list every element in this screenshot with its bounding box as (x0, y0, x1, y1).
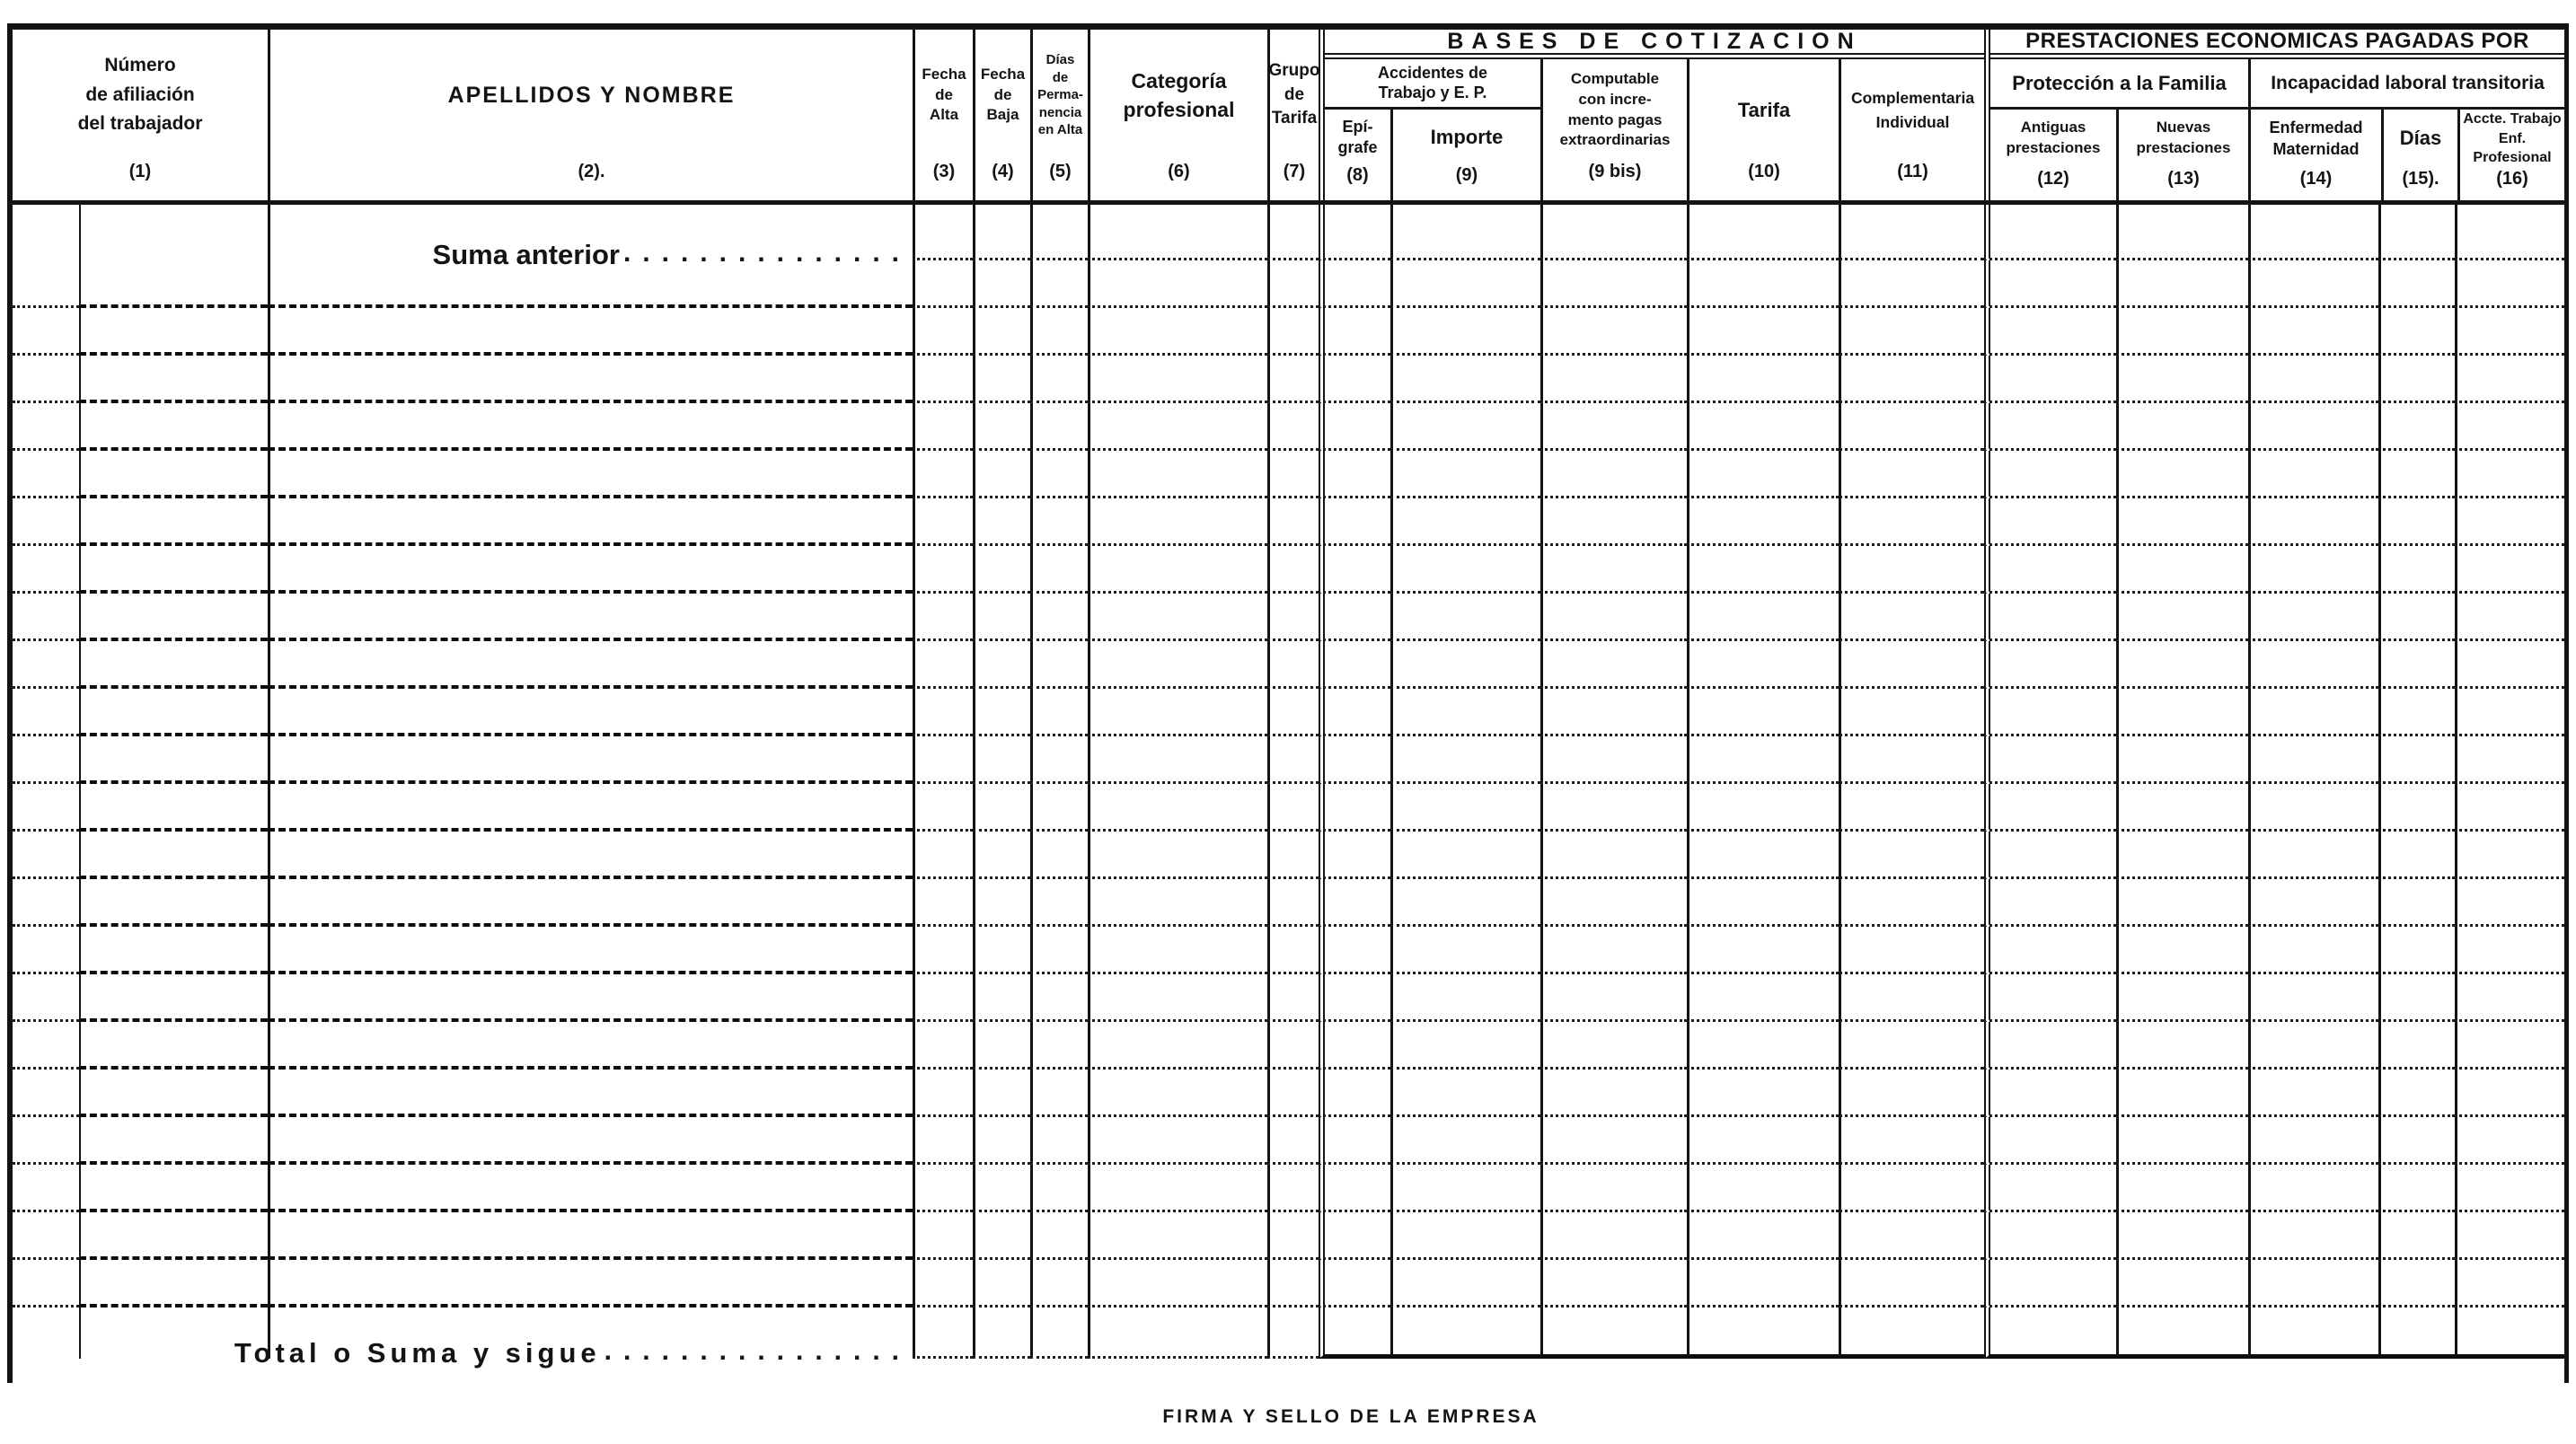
body-cell-c7 (1267, 879, 1319, 927)
body-cell-c13 (2116, 1165, 2248, 1212)
body-cell-c7 (1267, 1022, 1319, 1070)
body-cell-c2 (268, 498, 913, 546)
body-cell-c12 (1984, 1212, 2116, 1260)
table-row (13, 736, 2564, 784)
body-cell-c12 (1984, 1308, 2116, 1359)
body-cell-c5 (1030, 260, 1088, 308)
header-col-tarifa: Tarifa (10) (1687, 59, 1839, 200)
body-cell-c9 (1390, 974, 1540, 1022)
body-cell-c9 (1390, 1117, 1540, 1165)
body-cell-c4 (973, 1117, 1030, 1165)
body-cell-c11 (1839, 832, 1984, 879)
body-cell-c15 (2378, 1308, 2455, 1359)
col6-label: Categoría profesional (1090, 30, 1267, 161)
col7-label: Grupo de Tarifa (1270, 30, 1319, 161)
subgroup-proteccion-familia: Protección a la Familia Antiguas prestac… (1990, 59, 2248, 204)
col11-number: (11) (1841, 161, 1984, 200)
body-cell-c12 (1984, 205, 2116, 260)
body-cell-c13 (2116, 451, 2248, 498)
body-cell-c11 (1839, 1022, 1984, 1070)
body-cell-c5 (1030, 308, 1088, 356)
body-cell-c12 (1984, 1022, 2116, 1070)
body-cell-c8 (1319, 1117, 1390, 1165)
body-cell-c4 (973, 641, 1030, 689)
body-cell-c14 (2248, 689, 2378, 736)
body-cell-c13 (2116, 1260, 2248, 1308)
header-col-dias: Días (15). (2381, 110, 2457, 204)
body-cell-c2: Total o Suma y sigue................ (268, 1308, 913, 1359)
body-cell-c8 (1319, 308, 1390, 356)
body-cell-c6 (1088, 974, 1267, 1022)
body-cell-c15 (2378, 974, 2455, 1022)
body-cell-c8 (1319, 689, 1390, 736)
header-col-enfermedad-maternidad: Enfermedad Maternidad (14) (2251, 110, 2381, 204)
body-cell-c2 (268, 974, 913, 1022)
body-cell-c8 (1319, 594, 1390, 641)
body-cell-c15 (2378, 308, 2455, 356)
col10-label: Tarifa (1689, 59, 1839, 161)
body-cell-c6 (1088, 736, 1267, 784)
body-cell-c9bis (1540, 205, 1687, 260)
body-cell-c14 (2248, 451, 2378, 498)
body-cell-c4 (973, 308, 1030, 356)
body-cell-c8 (1319, 451, 1390, 498)
body-cell-c12 (1984, 594, 2116, 641)
body-cell-c8 (1319, 356, 1390, 403)
body-cell-c14 (2248, 1260, 2378, 1308)
table-header: Número de afiliación del trabajador (1) … (7, 23, 2569, 205)
header-col-categoria-profesional: Categoría profesional (6) (1088, 30, 1267, 200)
body-cell-c1a (13, 356, 79, 403)
table-row (13, 451, 2564, 498)
body-cell-c7 (1267, 1212, 1319, 1260)
header-col-fecha-alta: Fecha de Alta (3) (913, 30, 973, 200)
body-cell-c9bis (1540, 260, 1687, 308)
body-cell-c3 (913, 498, 973, 546)
body-cell-c4 (973, 546, 1030, 594)
body-cell-c5 (1030, 1165, 1088, 1212)
body-cell-c14 (2248, 832, 2378, 879)
body-cell-c9 (1390, 1212, 1540, 1260)
body-cell-c4 (973, 1022, 1030, 1070)
body-cell-c10 (1687, 736, 1839, 784)
body-cell-c12 (1984, 403, 2116, 451)
body-cell-c10 (1687, 1117, 1839, 1165)
body-cell-c8 (1319, 498, 1390, 546)
body-cell-c5 (1030, 974, 1088, 1022)
body-cell-c14 (2248, 356, 2378, 403)
col13-label: Nuevas prestaciones (2119, 110, 2248, 168)
table-row (13, 927, 2564, 974)
body-cell-c10 (1687, 974, 1839, 1022)
body-cell-c11 (1839, 1070, 1984, 1117)
body-cell-c16 (2455, 641, 2564, 689)
body-cell-c16 (2455, 1022, 2564, 1070)
header-col-epigrafe: Epí- grafe (8) (1325, 110, 1390, 200)
body-cell-c9bis (1540, 1117, 1687, 1165)
body-cell-c9bis (1540, 356, 1687, 403)
table-row (13, 356, 2564, 403)
body-cell-c13 (2116, 1117, 2248, 1165)
body-cell-c16 (2455, 832, 2564, 879)
body-cell-c15 (2378, 689, 2455, 736)
body-cell-c9bis (1540, 1070, 1687, 1117)
body-cell-c12 (1984, 879, 2116, 927)
body-cell-c5 (1030, 205, 1088, 260)
body-cell-c3 (913, 927, 973, 974)
body-cell-c4 (973, 260, 1030, 308)
body-cell-c4 (973, 594, 1030, 641)
body-cell-c11 (1839, 205, 1984, 260)
body-cell-c4 (973, 1308, 1030, 1359)
body-cell-c1a (13, 205, 79, 260)
body-cell-c9bis (1540, 927, 1687, 974)
body-cell-c13 (2116, 498, 2248, 546)
body-cell-c10 (1687, 1022, 1839, 1070)
body-cell-c1a (13, 1212, 79, 1260)
body-cell-c10 (1687, 784, 1839, 832)
body-cell-c16 (2455, 498, 2564, 546)
body-cell-c8 (1319, 879, 1390, 927)
body-cell-c1a (13, 498, 79, 546)
body-cell-c9bis (1540, 594, 1687, 641)
body-cell-c6 (1088, 1117, 1267, 1165)
body-cell-c2 (268, 356, 913, 403)
body-cell-c1a (13, 546, 79, 594)
col3-label: Fecha de Alta (915, 30, 973, 161)
col9bis-number: (9 bis) (1543, 161, 1687, 200)
body-cell-c3 (913, 403, 973, 451)
body-cell-c9bis (1540, 784, 1687, 832)
body-cell-c14 (2248, 498, 2378, 546)
body-cell-c13 (2116, 974, 2248, 1022)
body-cell-c12 (1984, 356, 2116, 403)
body-cell-c15 (2378, 1165, 2455, 1212)
body-cell-c5 (1030, 689, 1088, 736)
body-cell-c11 (1839, 1165, 1984, 1212)
body-cell-c13 (2116, 1212, 2248, 1260)
body-cell-c6 (1088, 641, 1267, 689)
body-cell-c11 (1839, 641, 1984, 689)
body-cell-c5 (1030, 927, 1088, 974)
body-cell-c12 (1984, 974, 2116, 1022)
col16-number: (16) (2460, 168, 2564, 204)
body-cell-c1b (79, 736, 268, 784)
prestaciones-columns: Protección a la Familia Antiguas prestac… (1990, 59, 2564, 204)
accidentes-leaf-row: Epí- grafe (8) Importe (9) (1325, 110, 1540, 200)
body-cell-c15 (2378, 879, 2455, 927)
body-cell-c11 (1839, 1117, 1984, 1165)
body-cell-c16 (2455, 205, 2564, 260)
body-cell-c7 (1267, 451, 1319, 498)
body-cell-c14 (2248, 260, 2378, 308)
body-cell-c1a (13, 927, 79, 974)
body-cell-c9 (1390, 308, 1540, 356)
body-cell-c3 (913, 308, 973, 356)
body-cell-c13 (2116, 784, 2248, 832)
body-cell-c13 (2116, 356, 2248, 403)
body-cell-c12 (1984, 736, 2116, 784)
body-cell-c9bis (1540, 974, 1687, 1022)
body-cell-c1b (79, 784, 268, 832)
body-cell-c4 (973, 403, 1030, 451)
body-cell-c2 (268, 403, 913, 451)
body-cell-c12 (1984, 498, 2116, 546)
col11-label: Complementaria Individual (1841, 59, 1984, 161)
body-cell-c1b (79, 1070, 268, 1117)
body-cell-c6 (1088, 498, 1267, 546)
body-cell-c10 (1687, 546, 1839, 594)
body-cell-c1a (13, 451, 79, 498)
col2-number: (2). (270, 161, 913, 200)
body-cell-c10 (1687, 1070, 1839, 1117)
body-cell-c13 (2116, 546, 2248, 594)
table-row (13, 1070, 2564, 1117)
body-cell-c9 (1390, 1308, 1540, 1359)
body-cell-c15 (2378, 451, 2455, 498)
body-cell-c1b (79, 689, 268, 736)
body-cell-c14 (2248, 641, 2378, 689)
body-cell-c16 (2455, 1165, 2564, 1212)
table-row (13, 546, 2564, 594)
body-cell-c6 (1088, 308, 1267, 356)
leader-dots: ............... (620, 240, 911, 267)
table-row (13, 832, 2564, 879)
table-row (13, 498, 2564, 546)
body-cell-c6 (1088, 403, 1267, 451)
body-cell-c10 (1687, 205, 1839, 260)
body-cell-c7 (1267, 736, 1319, 784)
body-cell-c5 (1030, 641, 1088, 689)
body-cell-c16 (2455, 927, 2564, 974)
body-cell-c1b (79, 879, 268, 927)
body-cell-c14 (2248, 546, 2378, 594)
bases-columns: Accidentes de Trabajo y E. P. Epí- grafe… (1325, 59, 1984, 200)
body-cell-c10 (1687, 356, 1839, 403)
body-cell-c3 (913, 260, 973, 308)
body-cell-c6 (1088, 1308, 1267, 1359)
body-cell-c5 (1030, 784, 1088, 832)
body-cell-c13 (2116, 308, 2248, 356)
body-cell-c9 (1390, 356, 1540, 403)
header-col-importe: Importe (9) (1390, 110, 1540, 200)
body-cell-c11 (1839, 260, 1984, 308)
body-cell-c6 (1088, 879, 1267, 927)
body-cell-c14 (2248, 974, 2378, 1022)
body-cell-c7 (1267, 974, 1319, 1022)
body-cell-c10 (1687, 308, 1839, 356)
body-cell-c9bis (1540, 1212, 1687, 1260)
body-cell-c2 (268, 1212, 913, 1260)
body-cell-c3 (913, 974, 973, 1022)
body-cell-c9bis (1540, 879, 1687, 927)
body-cell-c10 (1687, 594, 1839, 641)
body-cell-c7 (1267, 308, 1319, 356)
body-cell-c5 (1030, 1070, 1088, 1117)
body-cell-c10 (1687, 1165, 1839, 1212)
body-cell-c5 (1030, 1212, 1088, 1260)
body-cell-c6 (1088, 927, 1267, 974)
body-cell-c4 (973, 1070, 1030, 1117)
body-cell-c10 (1687, 1308, 1839, 1359)
body-cell-c3 (913, 451, 973, 498)
body-cell-c2 (268, 451, 913, 498)
body-cell-c14 (2248, 1022, 2378, 1070)
body-cell-c9 (1390, 927, 1540, 974)
body-cell-c9 (1390, 403, 1540, 451)
body-cell-c4 (973, 356, 1030, 403)
body-cell-c2 (268, 641, 913, 689)
body-cell-c9bis (1540, 451, 1687, 498)
body-cell-c1b (79, 1022, 268, 1070)
body-cell-c9 (1390, 1165, 1540, 1212)
subgroup-accidentes-trabajo: Accidentes de Trabajo y E. P. Epí- grafe… (1325, 59, 1540, 200)
col9-number: (9) (1393, 164, 1540, 200)
body-cell-c7 (1267, 689, 1319, 736)
col2-label: APELLIDOS Y NOMBRE (270, 30, 913, 161)
body-cell-c14 (2248, 927, 2378, 974)
body-cell-c14 (2248, 308, 2378, 356)
col7-number: (7) (1270, 161, 1319, 200)
body-cell-c9 (1390, 260, 1540, 308)
body-cell-c3 (913, 1260, 973, 1308)
body-cell-c1a (13, 736, 79, 784)
body-cell-c15 (2378, 927, 2455, 974)
prestaciones-title: PRESTACIONES ECONOMICAS PAGADAS POR (1990, 30, 2564, 59)
body-cell-c14 (2248, 879, 2378, 927)
body-cell-c14 (2248, 1308, 2378, 1359)
body-cell-c11 (1839, 546, 1984, 594)
body-cell-c11 (1839, 308, 1984, 356)
body-cell-c11 (1839, 736, 1984, 784)
body-cell-c1b (79, 356, 268, 403)
body-cell-c8 (1319, 1308, 1390, 1359)
header-col-apellidos-nombre: APELLIDOS Y NOMBRE (2). (268, 30, 913, 200)
body-cell-c9bis (1540, 1260, 1687, 1308)
body-cell-c1b (79, 260, 268, 308)
body-cell-c11 (1839, 974, 1984, 1022)
body-cell-c8 (1319, 1260, 1390, 1308)
body-cell-c7 (1267, 641, 1319, 689)
body-cell-c9 (1390, 205, 1540, 260)
header-col-numero-afiliacion: Número de afiliación del trabajador (1) (13, 30, 268, 200)
body-cell-c2 (268, 308, 913, 356)
body-cell-c11 (1839, 1212, 1984, 1260)
body-cell-c16 (2455, 1260, 2564, 1308)
body-cell-c2 (268, 736, 913, 784)
body-cell-c1a (13, 832, 79, 879)
body-cell-c7 (1267, 927, 1319, 974)
body-cell-c15 (2378, 1212, 2455, 1260)
body-cell-c1b (79, 498, 268, 546)
firma-sello-caption: FIRMA Y SELLO DE LA EMPRESA (63, 1406, 2576, 1428)
body-cell-c2 (268, 689, 913, 736)
body-cell-c14 (2248, 784, 2378, 832)
col5-number: (5) (1033, 161, 1088, 200)
body-cell-c10 (1687, 1260, 1839, 1308)
body-cell-c7 (1267, 832, 1319, 879)
incapacidad-leaf-row: Enfermedad Maternidad (14) Días (15). Ac… (2251, 110, 2564, 204)
body-cell-c4 (973, 832, 1030, 879)
body-cell-c10 (1687, 832, 1839, 879)
body-cell-c11 (1839, 1308, 1984, 1359)
body-cell-c13 (2116, 736, 2248, 784)
body-cell-c9 (1390, 498, 1540, 546)
body-cell-c3 (913, 1308, 973, 1359)
col12-label: Antiguas prestaciones (1990, 110, 2116, 168)
body-cell-c7 (1267, 356, 1319, 403)
body-cell-c14 (2248, 403, 2378, 451)
body-cell-c9 (1390, 1260, 1540, 1308)
body-cell-c6 (1088, 1022, 1267, 1070)
body-cell-c9bis (1540, 546, 1687, 594)
body-cell-c14 (2248, 205, 2378, 260)
body-cell-c2 (268, 1022, 913, 1070)
cotizacion-form-table: Número de afiliación del trabajador (1) … (7, 23, 2569, 1383)
body-cell-c12 (1984, 689, 2116, 736)
body-cell-c12 (1984, 1070, 2116, 1117)
body-cell-c1b (79, 1117, 268, 1165)
body-cell-c6 (1088, 784, 1267, 832)
body-cell-c15 (2378, 736, 2455, 784)
body-cell-c9 (1390, 784, 1540, 832)
table-row (13, 594, 2564, 641)
body-cell-c9 (1390, 451, 1540, 498)
body-cell-c1a (13, 1117, 79, 1165)
body-cell-c1b (79, 403, 268, 451)
body-cell-c12 (1984, 260, 2116, 308)
body-cell-c1a (13, 1022, 79, 1070)
col15-label: Días (2384, 110, 2457, 168)
body-cell-c5 (1030, 1117, 1088, 1165)
body-cell-c1b (79, 594, 268, 641)
body-cell-c12 (1984, 308, 2116, 356)
body-cell-c3 (913, 1165, 973, 1212)
body-cell-c16 (2455, 879, 2564, 927)
body-cell-c7 (1267, 546, 1319, 594)
body-cell-c15 (2378, 832, 2455, 879)
body-cell-c15 (2378, 356, 2455, 403)
body-cell-c1a (13, 1070, 79, 1117)
body-cell-c5 (1030, 451, 1088, 498)
body-cell-c12 (1984, 1260, 2116, 1308)
body-cell-c8 (1319, 546, 1390, 594)
body-cell-c3 (913, 736, 973, 784)
body-cell-c8 (1319, 974, 1390, 1022)
body-cell-c11 (1839, 879, 1984, 927)
body-cell-c3 (913, 1117, 973, 1165)
body-cell-c10 (1687, 927, 1839, 974)
col10-number: (10) (1689, 161, 1839, 200)
body-cell-c15 (2378, 546, 2455, 594)
body-cell-c15 (2378, 784, 2455, 832)
body-cell-c14 (2248, 1117, 2378, 1165)
body-cell-c7 (1267, 1308, 1319, 1359)
body-cell-c9bis (1540, 641, 1687, 689)
group-bases-cotizacion: BASES DE COTIZACION Accidentes de Trabaj… (1319, 30, 1984, 200)
body-cell-c10 (1687, 451, 1839, 498)
body-cell-c10 (1687, 641, 1839, 689)
body-cell-c16 (2455, 1070, 2564, 1117)
col4-number: (4) (975, 161, 1030, 200)
body-cell-c12 (1984, 832, 2116, 879)
body-cell-c2 (268, 832, 913, 879)
body-cell-c6 (1088, 594, 1267, 641)
col14-number: (14) (2251, 168, 2381, 204)
col1-label: Número de afiliación del trabajador (13, 30, 268, 161)
body-cell-c8 (1319, 403, 1390, 451)
header-col-grupo-tarifa: Grupo de Tarifa (7) (1267, 30, 1319, 200)
